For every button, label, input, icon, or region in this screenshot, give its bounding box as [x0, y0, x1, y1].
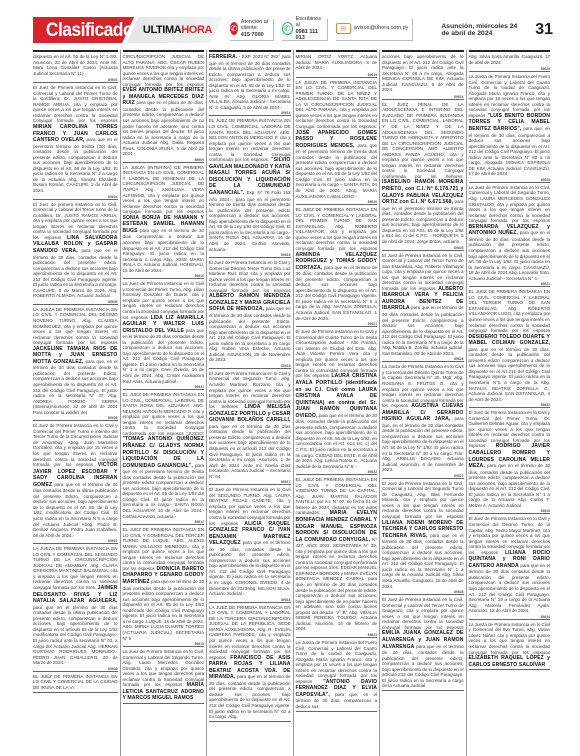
notice-code: 89626 — [382, 357, 464, 362]
notice-text-end: para que en el término de 30 días contad… — [209, 424, 291, 479]
notice-text-end: para que en el término de 30 días, conta… — [469, 230, 551, 280]
legal-notice: El Juez de Primera Instancia en lo Civil… — [382, 253, 464, 358]
notice-text: LA JUEZ DE PRIMERA INSTANCIA EN LO CIVIL… — [209, 605, 291, 660]
column-rule — [209, 50, 291, 52]
notice-code: 89611 — [123, 385, 205, 390]
notice-code: 89613 — [123, 642, 205, 647]
notice-text: LA JUEZA (INTERINA) DE PRIMERA INSTANCIA… — [123, 165, 205, 214]
legal-notice: La Juez de Primera Instancia en lo Civil… — [123, 649, 205, 703]
legal-notice: EL JUEZ DE PRIMERA INSTANCIA EN LO CIVIL… — [469, 289, 551, 403]
legal-notice: acciones bajo apercibimiento de lo dispu… — [382, 54, 464, 95]
notice-text: LA JUEZA DE PRIMERA INSTANCIA EN LO CIVI… — [33, 307, 118, 345]
notice-code: 89610 — [123, 274, 205, 279]
legal-notice: El Juez de Primera Instancia en lo Civil… — [382, 597, 464, 690]
legal-notice: La Juez de Primera Instancia en lo Civil… — [469, 185, 551, 282]
notice-text: La Jueza de Primera Instancia en lo Civi… — [469, 622, 551, 655]
notice-code — [33, 692, 118, 693]
notice-text: EL JUEZ DE PRIMERA INSTANCIA EN LO CIVIL… — [469, 289, 551, 333]
logo-ultima: ULTIMA — [143, 24, 181, 36]
notice-code: 89633 — [469, 509, 551, 514]
notice-text: El Juez de Primera Instancia en lo Civil… — [382, 481, 464, 519]
column-rule — [123, 50, 205, 52]
notice-text: La Juez de Primera Instancia en lo Civil… — [469, 185, 551, 223]
notice-code — [123, 703, 205, 704]
legal-notice: EL JUEZ DE PRIMERA INSTANCIA EN LO CIVIL… — [123, 527, 205, 642]
contact-whatsapp-value: 0981 111 013 — [296, 29, 323, 42]
legal-notice: LA JUEZA DE PRIMERA INSTANCIA EN LO CIVI… — [33, 307, 118, 416]
notice-code: 89614 — [209, 111, 291, 116]
notice-text: EL JUEZ DE PRIMERA INSTANCIA EN LO CIVIL… — [296, 207, 378, 251]
notice-code: 89603 — [33, 78, 118, 83]
legal-notice: LA JUEZA DE PRIMERA INSTANCIA EN LO CIVI… — [33, 546, 118, 666]
contact-phone-label: Atención al cliente: — [241, 19, 268, 32]
legal-notice: El Juez de Primera Instancia en lo Civil… — [33, 85, 118, 194]
notice-code: 89630 — [469, 178, 551, 183]
legal-notice: El Juez de Primera Instancia en lo Civil… — [469, 516, 551, 614]
notice-text-end: para que en el término de 30 días, conta… — [382, 533, 464, 589]
notice-text: EL JUEZ DE PRIMERA INSTANCIA EN LO CIVIL… — [33, 674, 118, 690]
notice-code: 89622 — [296, 470, 378, 475]
legal-notice: El Juez de Primera Instancia en lo Civil… — [33, 423, 118, 539]
notice-text: EL JUEZ DE PRIMERA INSTANCIA EN LO CIVIL… — [123, 392, 205, 436]
notice-text-end: para que en el término de 30 días contad… — [209, 306, 291, 362]
legal-notice: El Juez de Primera Instancia en lo Civil… — [296, 329, 378, 470]
classified-column-2: CIRCUNSCRIPCIÓN JUDICIAL DE ALTO PARANÁ,… — [120, 50, 207, 756]
legal-notice: FERREIRA. - EXP. 2023 N° 282° para que e… — [209, 54, 291, 111]
notice-text: La Jueza de Primera Instancia del Fuero … — [296, 640, 378, 684]
notice-code: 89607 — [33, 539, 118, 544]
legal-notice: EL JUEZ PENAL DE LA ADOLESCENCIA E INTER… — [382, 102, 464, 246]
page-header: Clasificados ULTIMAHORA ✆ Atención al cl… — [33, 17, 553, 43]
contact-email-value: avisos@uhora.com.py — [354, 25, 409, 32]
notice-code: 89623 — [296, 633, 378, 638]
notice-code — [296, 711, 378, 712]
dateline: Asunción, miércoles 24 de abril de 2024 — [441, 23, 521, 37]
legal-notice: EL JUEZ DE PRIMERA INSTANCIA EN LO CIVIL… — [209, 118, 291, 253]
legal-notice: EL JUEZ DE PRIMERA INSTANCIA EN LO CIVIL… — [123, 392, 205, 520]
notice-code: 89629 — [469, 67, 551, 72]
column-rule — [382, 50, 464, 52]
notice-code: 89625 — [382, 246, 464, 251]
legal-notice: LA JUEZA (INTERINA) DE PRIMERA INSTANCIA… — [123, 165, 205, 274]
notice-code: 89621 — [296, 322, 378, 327]
legal-notice: El Juez de Primera Instancia en lo Civil… — [469, 410, 551, 509]
notice-text-end: para que en el término de 30 días contad… — [33, 605, 118, 665]
logo-hora: HORA — [181, 24, 212, 36]
mail-icon: ✉ — [336, 23, 351, 34]
notice-code: 89606 — [33, 416, 118, 421]
notice-code: 89616 — [209, 364, 291, 369]
notice-text-end: para que en el término de 30 días, conta… — [469, 347, 551, 402]
notice-code: 89632 — [469, 403, 551, 408]
notice-text-end: - EXP. 2023 N° 282° para que en el térmi… — [209, 54, 291, 110]
phone-icon: ✆ — [230, 22, 238, 35]
contact-phone: ✆ Atención al cliente:415 7000 — [230, 19, 274, 41]
legal-notice: El Juez de Primera Instancia en lo Civil… — [209, 371, 291, 480]
notice-code: 89631 — [469, 282, 551, 287]
notice-code: 89615 — [209, 253, 291, 258]
legal-notice: La Jueza de Primera Instancia del Fuero … — [296, 640, 378, 711]
notice-code: 89618 — [209, 598, 291, 603]
legal-notice: EL JUEZ DE PRIMERA INSTANCIA EN LO CIVIL… — [296, 207, 378, 322]
notice-text: La Jueza de Primera Instancia en lo Civi… — [382, 364, 464, 408]
legal-notice: EL JUEZ DE PRIMERA INSTANCIA EN LO CIVIL… — [296, 477, 378, 633]
notice-names: DESIDERIO TOLEDO DUARTE Y MABEL COLMAN G… — [469, 334, 551, 347]
notice-text: acciones bajo apercibimiento de lo dispu… — [382, 54, 464, 92]
notice-text-end: para que en el perentorio término de tre… — [123, 463, 205, 519]
notice-text: EL JUEZ DE PRIMERA INSTANCIA EN LO CIVIL… — [209, 118, 291, 162]
notice-text-end: para que en el perentorio término de tre… — [296, 143, 378, 199]
notice-code: 89609 — [123, 158, 205, 163]
notice-text: El Juez de Primera Instancia en lo Civil… — [33, 85, 118, 123]
notice-text: LA JUEZA DE PRIMERA INSTANCIA EN LO CIVI… — [33, 546, 118, 590]
legal-notice: EL JUEZ DE PRIMERA INSTANCIA EN LO CIVIL… — [33, 674, 118, 693]
section-banner: Clasificados ULTIMAHORA — [33, 17, 222, 43]
legal-notice: Abg. Silvia Sosa Amarilla. Caaguazú, 17 … — [469, 54, 551, 67]
notice-code: 89617 — [209, 480, 291, 485]
newspaper-page: Clasificados ULTIMAHORA ✆ Atención al cl… — [0, 0, 580, 756]
notice-text: El Juez de Primera Instancia en lo Civil… — [296, 329, 378, 378]
notice-text: EL JUEZ PENAL DE LA ADOLESCENCIA E INTER… — [382, 102, 464, 179]
contact-whatsapp-label: Escribinos al — [296, 16, 321, 29]
column-rule — [296, 50, 378, 52]
notice-text: LA JUEZA DE PRIMERA INSTANCIA EN LO CIVI… — [296, 80, 378, 129]
legal-notice: dispuesto en el Art. 55 de la Ley N° 1 /… — [33, 54, 118, 78]
legal-notice: MIRIAN ORTIZ YORTZ, Actuaria Judicial. M… — [296, 54, 378, 73]
notice-text-end: para que en término de 30 días contados … — [123, 579, 205, 640]
legal-notice: El Juez de Primera Instancia en lo Civil… — [209, 260, 291, 364]
notice-code — [382, 690, 464, 691]
notice-code: 89634 — [469, 615, 551, 620]
contact-phone-value: 415 7000 — [241, 32, 269, 39]
notice-code: 89604 — [33, 195, 118, 200]
notice-text: Abg. Silvia Sosa Amarilla. Caaguazú, 17 … — [469, 54, 551, 65]
legal-notice: El Juez de Primera Instancia en lo Civil… — [209, 487, 291, 597]
legal-notice: La Jueza de Primera Instancia del Fuero … — [469, 74, 551, 178]
contact-whatsapp: ✆ Escribinos al0981 111 013 — [282, 19, 328, 41]
notice-text-end: para que en el perentorio término de tre… — [33, 137, 118, 193]
notice-code: 89608 — [33, 667, 118, 672]
notice-text-end: para que en el término de 30 días, conta… — [296, 265, 378, 321]
column-rule — [33, 50, 118, 52]
classified-column-5: acciones bajo apercibimiento de lo dispu… — [379, 50, 466, 756]
notice-text: El Juez de Primera Instancia en lo Civil… — [382, 597, 464, 630]
notice-text: EL JUEZ DE PRIMERA INSTANCIA EN LO CIVIL… — [123, 527, 205, 571]
notice-names: "TOMAS ANTONIO QUIÑONEZ PIÑANEZ C/ GLADY… — [123, 436, 205, 468]
legal-notice: LA JUEZA DE PRIMERA INSTANCIA EN LO CIVI… — [296, 80, 378, 200]
notice-names: ISABELINO RAMÓN MOREIRA PRIETO, con C.I.… — [382, 179, 464, 205]
notice-text-end: para que en el término de 30 días, conta… — [209, 540, 291, 596]
notice-text-end: para que en el término de 30 días, conta… — [209, 674, 291, 719]
notice-code: 89612 — [123, 520, 205, 525]
classified-column-6: Abg. Silvia Sosa Amarilla. Caaguazú, 17 … — [466, 50, 553, 756]
notice-text: El Juez de Primera Instancia en lo Civil… — [33, 423, 118, 467]
classified-column-3: FERREIRA. - EXP. 2023 N° 282° para que e… — [206, 50, 293, 756]
notice-text: dispuesto en el Art. 55 de la Ley N° 1 /… — [33, 54, 118, 76]
notice-names: ELIZABETH RAQUEL LÓPEZ y CARLOS ERNESTO … — [469, 655, 551, 668]
notice-text-end: N° 427, AÑO: 2023, SECRETARÍA N° 39, cit… — [296, 537, 378, 632]
classified-column-4: MIRIAN ORTIZ YORTZ, Actuaria Judicial. M… — [293, 50, 380, 756]
notice-names: FERREIRA. — [209, 54, 237, 60]
classifieds-columns: dispuesto en el Art. 55 de la Ley N° 1 /… — [33, 50, 552, 756]
notice-text-end: para que en el término de 30 días, conta… — [33, 248, 118, 298]
notice-text-end: para que en el término de 30 días contad… — [33, 482, 118, 538]
notice-code: 89627 — [382, 474, 464, 479]
section-title: Clasificados — [33, 17, 134, 43]
notice-text-end: para que en el término de 30 días compar… — [123, 228, 205, 273]
notice-text-end: para que en el plazo de 30 días, contado… — [123, 100, 205, 156]
notice-text: MIRIAN ORTIZ YORTZ, Actuaria Judicial. M… — [296, 54, 378, 70]
legal-notice: La Jueza de Primera Instancia en lo Civi… — [469, 622, 551, 669]
whatsapp-icon: ✆ — [282, 22, 293, 35]
page-number: 31 — [535, 21, 553, 39]
legal-notice: CIRCUNSCRIPCIÓN JUDICIAL DE ALTO PARANÁ,… — [123, 54, 205, 158]
legal-notice: El Juez de Primera Instancia en lo Civil… — [382, 481, 464, 590]
notice-code: 89624 — [382, 95, 464, 100]
legal-notice: LA JUEZ DE PRIMERA INSTANCIA EN LO CIVIL… — [209, 605, 291, 721]
notice-text: CIRCUNSCRIPCIÓN JUDICIAL DE ALTO PARANÁ,… — [123, 54, 205, 87]
notice-code: 89605 — [33, 300, 118, 305]
classified-column-1: dispuesto en el Art. 55 de la Ley N° 1 /… — [33, 50, 120, 756]
notice-text-end: para que, en el término de 30 días conta… — [382, 416, 464, 472]
notice-text-end: para que, en el término de 30 días conta… — [33, 359, 118, 415]
notice-code: 89620 — [296, 200, 378, 205]
legal-notice: La Jueza de Primera Instancia en lo Civi… — [382, 364, 464, 473]
notice-text-end: para que en el perentorio término de tre… — [382, 199, 464, 244]
legal-notice: La Juez de Primera Instancia en lo Civil… — [123, 281, 205, 385]
notice-text-end: para que en el término de 30 días, conta… — [469, 463, 551, 508]
notice-code — [469, 669, 551, 670]
notice-text-end: para que en el término de 30 días contad… — [382, 305, 464, 355]
contact-email: ✉ avisos@uhora.com.py — [336, 19, 414, 41]
notice-code: 89619 — [296, 73, 378, 78]
notice-text-end: para que en el término de 30 días, conta… — [296, 413, 378, 469]
notice-code — [209, 721, 291, 722]
notice-text-end: para que, en el término de 30 días, comp… — [469, 126, 551, 176]
notice-code: 89628 — [382, 590, 464, 595]
notice-text-end: para que en el término de 30 días contad… — [469, 563, 551, 613]
column-rule — [469, 50, 551, 52]
notice-text: La Jueza de Primera Instancia del Fuero … — [469, 74, 551, 118]
notice-text-end: para que en el término de 30 días, conta… — [382, 644, 464, 689]
newspaper-logo: ULTIMAHORA — [127, 17, 222, 43]
notice-text-end: para que en el término de 30 días contad… — [123, 328, 205, 384]
notice-text: El Juez de Primera Instancia en lo Civil… — [209, 260, 291, 293]
notice-text-end: Exp. N° 78 Folio 153 Año 2024.-, para qu… — [209, 190, 291, 251]
legal-notice: El Juez de primera instancia en lo Civil… — [33, 202, 118, 300]
